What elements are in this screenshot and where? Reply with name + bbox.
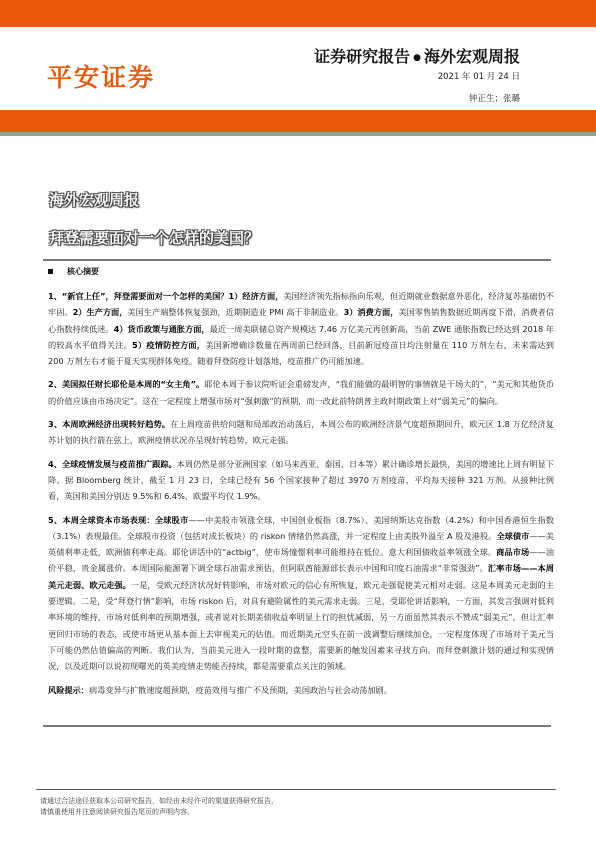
bold-text: 4、全球疫情发展与疫苗推广跟踪。 <box>48 459 177 469</box>
report-type: 证券研究报告 <box>314 47 410 66</box>
separator-dot-icon: ● <box>413 53 421 63</box>
bold-text: 全球债市 <box>496 531 529 541</box>
bold-text: 商品市场 <box>496 547 529 557</box>
footer-disclaimer: 请通过合法途径获取本公司研究报告，如经由未经许可的渠道获得研究报告， 请慎重使用… <box>40 796 278 818</box>
footer-line-2: 请慎重使用并注意阅读研究报告尾页的声明内容。 <box>40 807 278 818</box>
bold-text: 5）疫情防控方面， <box>132 340 205 350</box>
square-bullet-icon <box>48 269 53 274</box>
summary-paragraph: 3、本周欧洲经济出现转好趋势。在上周疫苗供给问题和局部政治动荡后，本周公布的欧洲… <box>48 416 554 449</box>
bold-text: 2、美国拟任财长耶伦是本周的“女主角”。 <box>48 379 204 389</box>
series-heading: 海外宏观周报 <box>49 189 139 210</box>
footer-divider <box>36 789 556 790</box>
bold-text: 3）消费方面， <box>344 307 399 317</box>
report-title: 证券研究报告●海外宏观周报 <box>314 44 520 67</box>
bold-text: 3、本周欧洲经济出现转好趋势。 <box>48 419 170 429</box>
divider <box>43 725 551 727</box>
section-heading-label: 核心摘要 <box>67 267 99 276</box>
header-bottom-shadow <box>0 132 596 136</box>
body-text: 一是，受欧元经济状况好转影响，市场对欧元的信心有所恢复，欧元走强促使美元相对走弱… <box>48 580 554 671</box>
divider <box>43 259 551 261</box>
summary-paragraph: 5、本周全球资本市场表现：全球股市——中美股市领涨全球，中国创业板指（8.7%）… <box>48 512 554 675</box>
bold-text: 1、“新官上任”，拜登需要面对一个怎样的美国？1）经济方面， <box>48 291 283 301</box>
bold-text: 风险提示： <box>48 685 89 695</box>
bold-text: 4）货币政策与通胀方面， <box>114 324 210 334</box>
footer-line-1: 请通过合法途径获取本公司研究报告，如经由未经许可的渠道获得研究报告， <box>40 796 278 807</box>
report-series: 海外宏观周报 <box>424 47 520 66</box>
summary-paragraph: 风险提示：病毒变异与扩散速度超预期，疫苗效用与推广不及预期，美国政治与社会动荡加… <box>48 682 554 698</box>
section-heading: 核心摘要 <box>48 266 99 277</box>
header-top-bar <box>0 0 596 27</box>
body-text: 病毒变异与扩散速度超预期，疫苗效用与推广不及预期，美国政治与社会动荡加剧。 <box>89 685 392 695</box>
header-bottom-bar <box>0 110 596 132</box>
summary-paragraph: 4、全球疫情发展与疫苗推广跟踪。本周仍然是部分亚洲国家（如马来西亚、泰国、日本等… <box>48 456 554 505</box>
report-date: 2021 年 01 月 24 日 <box>438 70 520 82</box>
body-text: 美国生产端整体恢复强劲，近期制造业 PMI 高于非制造业。 <box>127 307 343 317</box>
summary-paragraph: 2、美国拟任财长耶伦是本周的“女主角”。耶伦本周于参议院听证会重磅发声，“我们能… <box>48 376 554 409</box>
bold-text: 2）生产方面， <box>73 307 128 317</box>
page-title: 拜登需要面对一个怎样的美国？ <box>49 227 259 248</box>
summary-content: 1、“新官上任”，拜登需要面对一个怎样的美国？1）经济方面，美国经济领先指标指向… <box>48 288 554 705</box>
summary-paragraph: 1、“新官上任”，拜登需要面对一个怎样的美国？1）经济方面，美国经济领先指标指向… <box>48 288 554 369</box>
brand-logo: 平安证券 <box>47 58 155 94</box>
bold-text: 5、本周全球资本市场表现：全球股市 <box>48 515 188 525</box>
report-authors: 钟正生；张璐 <box>469 92 520 104</box>
